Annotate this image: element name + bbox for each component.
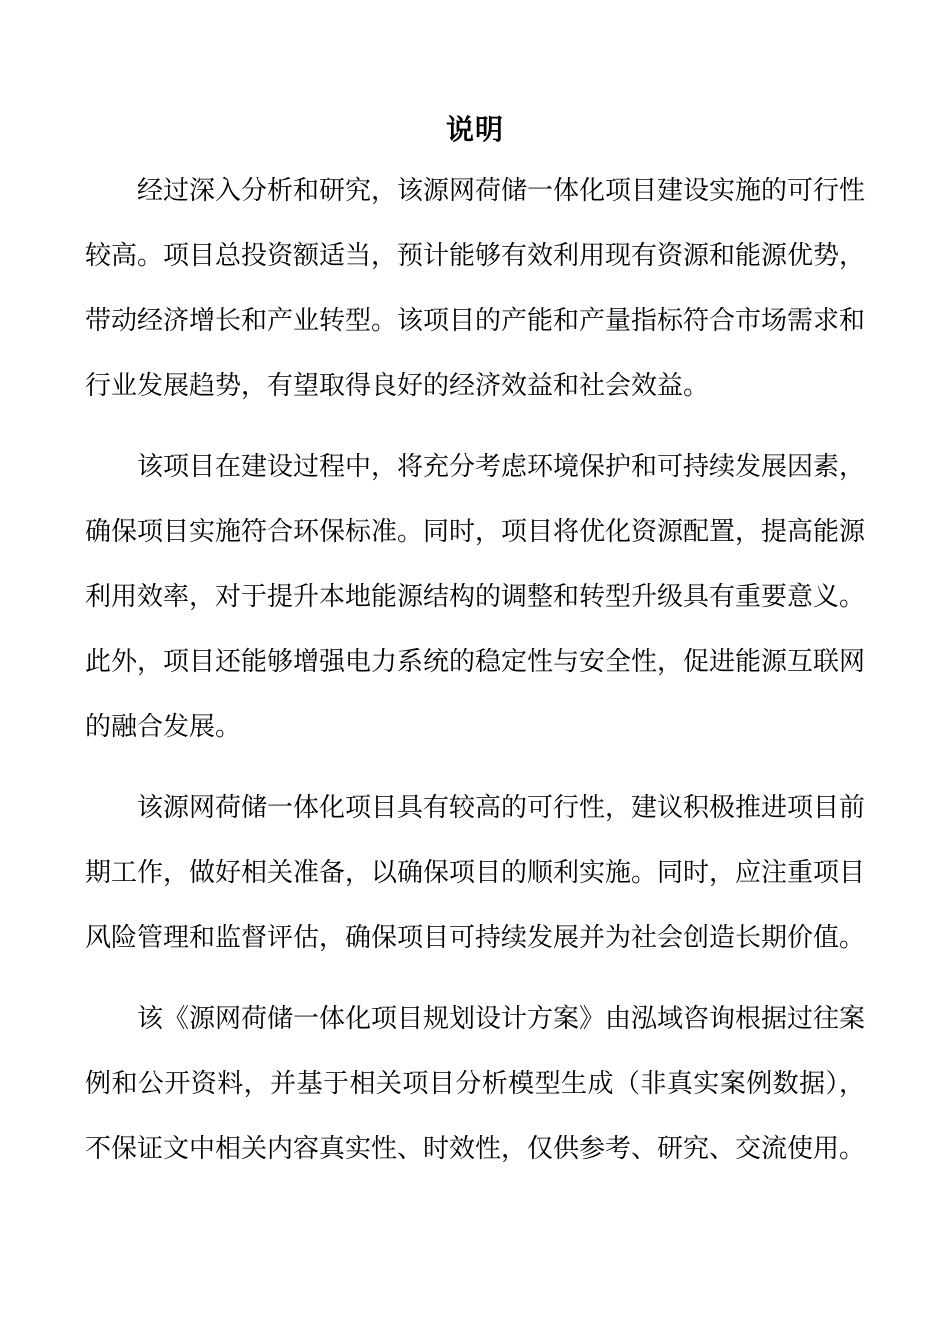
page-title: 说明: [85, 108, 865, 152]
paragraph-feasibility-summary: 经过深入分析和研究，该源网荷储一体化项目建设实施的可行性较高。项目总投资额适当，…: [85, 158, 865, 418]
paragraph-environment-resources: 该项目在建设过程中，将充分考虑环境保护和可持续发展因素，确保项目实施符合环保标准…: [85, 434, 865, 759]
document-page: 说明 经过深入分析和研究，该源网荷储一体化项目建设实施的可行性较高。项目总投资额…: [0, 0, 950, 1343]
paragraph-recommendation: 该源网荷储一体化项目具有较高的可行性，建议积极推进项目前期工作，做好相关准备，以…: [85, 775, 865, 970]
paragraph-disclaimer: 该《源网荷储一体化项目规划设计方案》由泓域咨询根据过往案例和公开资料，并基于相关…: [85, 986, 865, 1181]
document-body: 经过深入分析和研究，该源网荷储一体化项目建设实施的可行性较高。项目总投资额适当，…: [85, 158, 865, 1181]
